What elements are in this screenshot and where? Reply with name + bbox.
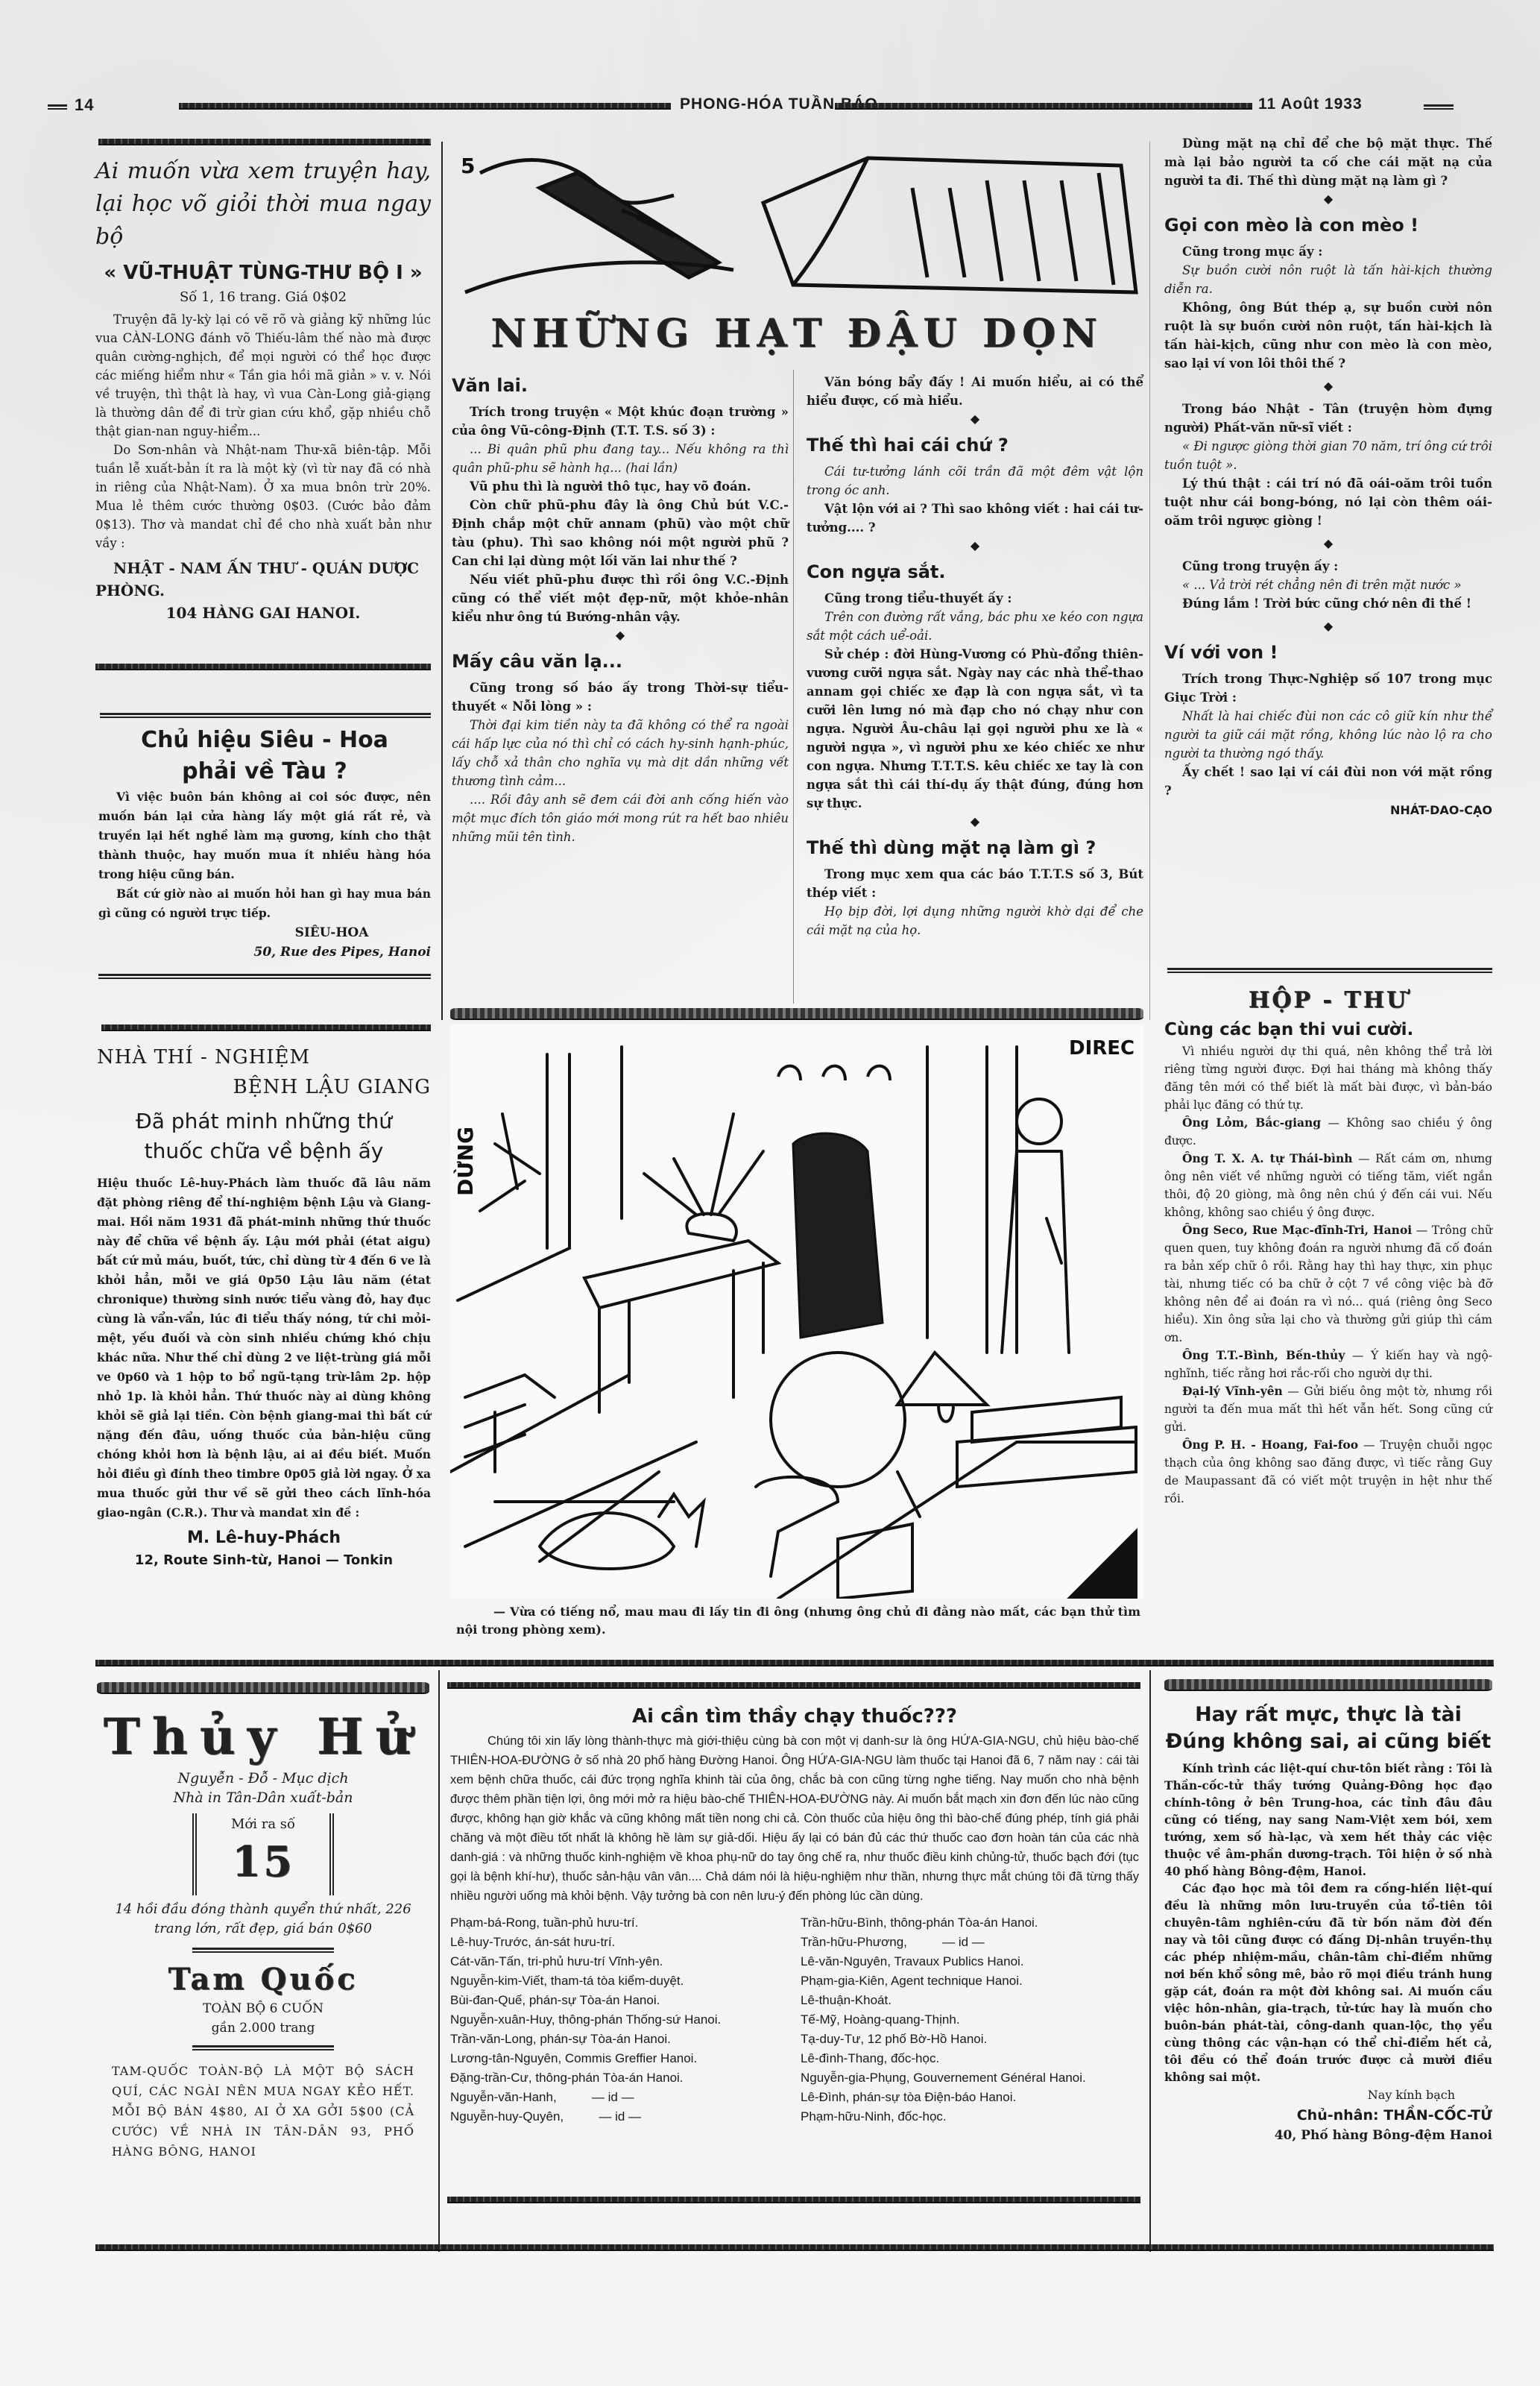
bottom-rule xyxy=(95,2244,1494,2251)
ad-description: 14 hồi đầu đóng thành quyển thứ nhất, 22… xyxy=(97,1900,429,1939)
article-paragraph: Nếu viết phũ-phu được thì rồi ông V.C.-Đ… xyxy=(452,570,789,626)
ad-sign-off: Nay kính bạch xyxy=(1164,2086,1492,2105)
column-rule xyxy=(1149,142,1150,1020)
column-rule xyxy=(438,1670,440,2252)
article-paragraph: Dùng mặt nạ chỉ để che bộ mặt thực. Thế … xyxy=(1164,134,1492,190)
left-top-rule xyxy=(98,139,431,145)
article-quote: ... Bi quân phũ phu đang tay... Nếu khôn… xyxy=(452,440,789,477)
hop-thu-section: HỘP - THƯ Cùng các bạn thi vui cười. Vì … xyxy=(1164,984,1492,1508)
article-banner-illustration: 5 xyxy=(450,143,1143,322)
endorser: Trần-hữu-Phương, — id — xyxy=(801,1933,1139,1952)
cartoon-illustration: DỪNG DIREC xyxy=(450,1024,1143,1599)
ornament-diamond-icon: ◆ xyxy=(1164,617,1492,635)
hop-thu-entry: Ông T.T.-Bình, Bến-thủy — Ý kiến hay và … xyxy=(1164,1347,1492,1382)
article-paragraph: Trong báo Nhật - Tân (truyện hòm đựng ng… xyxy=(1164,400,1492,437)
hop-thu-entry: Ông T. X. A. tự Thái-bình — Rất cám ơn, … xyxy=(1164,1150,1492,1221)
ad-paragraph: Bất cứ giờ nào ai muốn hỏi han gì hay mu… xyxy=(98,884,431,923)
hop-thu-intro: Vì nhiều người dự thi quá, nên không thể… xyxy=(1164,1042,1492,1114)
ad-address: 40, Phố hàng Bông-đệm Hanoi xyxy=(1164,2126,1492,2145)
divider xyxy=(192,2045,334,2050)
tam-quoc-body: TAM-QUỐC TOÀN-BỘ LÀ MỘT BỘ SÁCH QUÍ, CÁC… xyxy=(97,2061,429,2162)
header-rule-right xyxy=(835,103,1252,110)
cartoon-room-drawing-icon: DỪNG DIREC xyxy=(450,1024,1143,1599)
endorser: Trần-hữu-Bình, thông-phán Tòa-án Hanoi. xyxy=(801,1913,1139,1933)
ad-address: 12, Route Sinh-từ, Hanoi — Tonkin xyxy=(97,1551,431,1570)
endorser: Bùi-đan-Quế, phán-sự Tòa-án Hanoi. xyxy=(450,1991,801,2010)
endorser: Nguyễn-huy-Quyên, — id — xyxy=(450,2107,801,2127)
ad-body: Hiệu thuốc Lê-huy-Phách làm thuốc đã lâu… xyxy=(97,1174,431,1523)
divider xyxy=(1167,968,1492,973)
endorser: Lê-Đình, phán-sự tòa Điện-báo Hanoi. xyxy=(801,2088,1139,2107)
issue-number: 15 xyxy=(197,1836,329,1888)
header-rule-end xyxy=(1424,104,1454,110)
endorser: Đặng-trần-Cư, thông-phán Tòa-án Hanoi. xyxy=(450,2068,801,2088)
ad-title: « VŨ-THUẬT TÙNG-THƯ BỘ I » xyxy=(95,258,431,288)
article-quote: « Đi ngược giòng thời gian 70 năm, trí ô… xyxy=(1164,437,1492,474)
article-quote: Họ bịp đời, lợi dụng những người khờ dại… xyxy=(807,902,1143,939)
article-column-1: Văn lai. Trích trong truyện « Một khúc đ… xyxy=(452,368,789,846)
ad-owner: Chủ-nhân: THẦN-CỐC-TỬ xyxy=(1164,2105,1492,2126)
divider xyxy=(95,664,431,670)
ad-subtitle: Đã phát minh những thứ xyxy=(97,1107,431,1136)
endorser: Phạm-hữu-Ninh, đốc-học. xyxy=(801,2107,1139,2127)
article-paragraph: Cũng trong mục ấy : xyxy=(1164,242,1492,261)
article-signature: NHÁT-DAO-CẠO xyxy=(1164,800,1492,821)
endorser: Trần-văn-Long, phán-sự Tòa-án Hanoi. xyxy=(450,2030,801,2049)
endorser: Nguyễn-văn-Hanh, — id — xyxy=(450,2088,801,2107)
endorser: Lê-văn-Nguyên, Travaux Publics Hanoi. xyxy=(801,1952,1139,1971)
hop-thu-entry: Ông P. H. - Hoang, Fai-foo — Truyện chuỗ… xyxy=(1164,1436,1492,1508)
endorser: Phạm-bá-Rong, tuần-phủ hưu-trí. xyxy=(450,1913,801,1933)
section-title: Ví với von ! xyxy=(1164,640,1492,665)
bottom-band-rule xyxy=(95,1660,1494,1666)
ornament-diamond-icon: ◆ xyxy=(1164,190,1492,208)
ad-than-coc-tu: Hay rất mực, thực là tài Đúng không sai,… xyxy=(1164,1702,1492,2145)
ad-title: Hay rất mực, thực là tài xyxy=(1164,1702,1492,1728)
tam-quoc-pages: gần 2.000 trang xyxy=(97,2018,429,2038)
header-rule-mid xyxy=(179,103,671,110)
ad-paragraph: Do Sơn-nhân và Nhật-nam Thư-xã biên-tập.… xyxy=(95,441,431,553)
endorser: Nguyễn-xuân-Huy, thông-phán Thống-sứ Han… xyxy=(450,2010,801,2030)
ad-title: BỆNH LẬU GIANG xyxy=(97,1072,431,1102)
endorser: Tế-Mỹ, Hoàng-quang-Thịnh. xyxy=(801,2010,1139,2030)
ad-name: M. Lê-huy-Phách xyxy=(97,1526,431,1551)
cartoon-top-rule xyxy=(450,1008,1143,1020)
cartoon-caption: — Vừa có tiếng nổ, mau mau đi lấy tin đi… xyxy=(456,1603,1140,1639)
ad-thuy-hu: Thủy Hử Nguyễn - Đỗ - Mục dịch Nhà in Tâ… xyxy=(97,1707,429,2162)
issue-date: 11 Août 1933 xyxy=(1258,95,1363,113)
article-paragraph: Không, ông Bút thép ạ, sự buồn cười nôn … xyxy=(1164,298,1492,373)
ad-signature: SIÊU-HOA xyxy=(98,923,431,942)
ad-issue-price: Số 1, 16 trang. Giá 0$02 xyxy=(95,288,431,307)
article-paragraph: Còn chữ phũ-phu đây là ông Chủ bút V.C.-… xyxy=(452,496,789,570)
section-title: Gọi con mèo là con mèo ! xyxy=(1164,213,1492,238)
article-paragraph: Lý thú thật : cái trí nó đã oái-oăm trôi… xyxy=(1164,474,1492,530)
ad-publisher: Nhà in Tân-Dân xuất-bản xyxy=(97,1788,429,1807)
column-rule xyxy=(1149,1670,1151,2252)
ad-address: 50, Rue des Pipes, Hanoi xyxy=(98,942,431,962)
ad-le-huy-phach: NHÀ THÍ - NGHIỆM BỆNH LẬU GIANG Đã phát … xyxy=(97,1042,431,1570)
cartoon-sign-left: DỪNG xyxy=(452,1127,478,1196)
ad-tagline: Ai muốn vừa xem truyện hay, lại học võ g… xyxy=(95,155,431,254)
article-quote: .... Rồi đây anh sẽ đem cái đời anh cống… xyxy=(452,790,789,846)
endorser: Nguyễn-gia-Phụng, Gouvernement Général H… xyxy=(801,2068,1139,2088)
article-paragraph: Trong mục xem qua các báo T.T.T.S số 3, … xyxy=(807,865,1143,902)
article-quote: Cái tư-tưởng lánh cõi trần đã một đêm vậ… xyxy=(807,462,1143,500)
ad-title: NHÀ THÍ - NGHIỆM xyxy=(97,1042,431,1072)
ad-address: 104 HÀNG GAI HANOI. xyxy=(95,602,431,624)
endorser: Lê-huy-Trước, án-sát hưu-trí. xyxy=(450,1933,801,1952)
ad-paragraph: Các đạo học mà tôi đem ra cống-hiến liệt… xyxy=(1164,1880,1492,2086)
article-paragraph: Sử chép : đời Hùng-Vương có Phù-đổng thi… xyxy=(807,645,1143,813)
article-quote: « ... Vả trời rét chẳng nên đi trên mặt … xyxy=(1164,576,1492,594)
ad-body: Chúng tôi xin lấy lòng thành-thực mà giớ… xyxy=(450,1731,1139,1906)
section-title: Thế thì hai cái chứ ? xyxy=(807,432,1143,458)
article-paragraph: Ấy chết ! sao lại ví cái đùi non với mặt… xyxy=(1164,763,1492,800)
svg-text:5: 5 xyxy=(461,154,475,178)
endorsers-right: Trần-hữu-Bình, thông-phán Tòa-án Hanoi. … xyxy=(801,1913,1139,2127)
ad-paragraph: Kính trình các liệt-quí chư-tôn biết rằn… xyxy=(1164,1760,1492,1880)
article-quote: Thời đại kim tiền này ta đã không có thể… xyxy=(452,716,789,790)
hop-thu-entry: Đại-lý Vĩnh-yên — Gửi biếu ông một tờ, n… xyxy=(1164,1382,1492,1436)
endorser: Lê-đình-Thang, đốc-học. xyxy=(801,2049,1139,2068)
ad-title: Đúng không sai, ai cũng biết xyxy=(1164,1728,1492,1755)
page-number: 14 xyxy=(75,95,94,115)
wave-rule xyxy=(1164,1679,1492,1691)
ornament-diamond-icon: ◆ xyxy=(452,626,789,644)
tam-quoc-title: Tam Quốc xyxy=(97,1960,429,1999)
cartoon-sign-right: DIREC xyxy=(1069,1037,1135,1060)
ornament-diamond-icon: ◆ xyxy=(807,410,1143,428)
issue-box: Mới ra số 15 xyxy=(192,1813,334,1895)
newspaper-and-knife-icon: 5 xyxy=(450,143,1143,322)
endorsers-list: Phạm-bá-Rong, tuần-phủ hưu-trí. Lê-huy-T… xyxy=(450,1913,1139,2127)
ad-title: Ai cần tìm thầy chạy thuốc??? xyxy=(450,1702,1139,1731)
ad-title: Chủ hiệu Siêu - Hoa xyxy=(98,725,431,756)
ornament-diamond-icon: ◆ xyxy=(1164,377,1492,395)
ad-publisher: NHẬT - NAM ẤN THƯ - QUÁN DƯỢC PHÒNG. xyxy=(95,557,431,602)
endorser: Tạ-duy-Tư, 12 phố Bờ-Hồ Hanoi. xyxy=(801,2030,1139,2049)
article-quote: Trên con đường rất vắng, bác phu xe kéo … xyxy=(807,608,1143,645)
endorser: Cát-văn-Tấn, tri-phủ hưu-trí Vĩnh-yên. xyxy=(450,1952,801,1971)
divider xyxy=(100,713,431,718)
ad-translator: Nguyễn - Đỗ - Mục dịch xyxy=(97,1769,429,1788)
article-paragraph: Cũng trong truyện ấy : xyxy=(1164,557,1492,576)
wave-rule xyxy=(97,1682,429,1694)
ad-title: phải về Tàu ? xyxy=(98,756,431,787)
hop-thu-subtitle: Cùng các bạn thi vui cười. xyxy=(1164,1017,1492,1042)
ornament-diamond-icon: ◆ xyxy=(807,537,1143,555)
hop-thu-title: HỘP - THƯ xyxy=(1164,984,1492,1017)
ornament-diamond-icon: ◆ xyxy=(807,813,1143,831)
ad-sieu-hoa: Chủ hiệu Siêu - Hoa phải về Tàu ? Vì việ… xyxy=(98,725,431,962)
divider xyxy=(101,1024,431,1031)
newspaper-page: 14 PHONG-HÓA TUẦN-BÁO 11 Août 1933 Ai mu… xyxy=(0,0,1540,2386)
new-issue-label: Mới ra số xyxy=(197,1813,329,1836)
section-title: Thế thì dùng mặt nạ làm gì ? xyxy=(807,835,1143,860)
ad-thien-hoa-duong: Ai cần tìm thầy chạy thuốc??? Chúng tôi … xyxy=(450,1702,1139,2127)
article-paragraph: Đúng lắm ! Trời bức cũng chớ nên đi thế … xyxy=(1164,594,1492,613)
article-paragraph: Cũng trong tiểu-thuyết ấy : xyxy=(807,589,1143,608)
article-quote: Nhất là hai chiếc đùi non các cô giữ kín… xyxy=(1164,707,1492,763)
column-rule xyxy=(793,370,794,1004)
column-rule xyxy=(441,142,443,1020)
divider xyxy=(447,1682,1140,1689)
endorsers-left: Phạm-bá-Rong, tuần-phủ hưu-trí. Lê-huy-T… xyxy=(450,1913,801,2127)
article-paragraph: Vũ phu thì là người thô tục, hay võ đoán… xyxy=(452,477,789,496)
article-column-2: Văn bóng bẩy đấy ! Ai muốn hiểu, ai có t… xyxy=(807,373,1143,939)
ad-title: Thủy Hử xyxy=(97,1707,429,1766)
ad-vu-thuat: Ai muốn vừa xem truyện hay, lại học võ g… xyxy=(95,155,431,624)
article-paragraph: Văn bóng bẩy đấy ! Ai muốn hiểu, ai có t… xyxy=(807,373,1143,410)
header-rule-left xyxy=(48,104,67,110)
ornament-diamond-icon: ◆ xyxy=(1164,535,1492,553)
divider xyxy=(447,2197,1140,2203)
section-title: Văn lai. xyxy=(452,373,789,398)
article-title: NHỮNG HẠT ĐẬU DỌN xyxy=(450,312,1143,356)
section-title: Mấy câu văn lạ... xyxy=(452,649,789,674)
tam-quoc-subtitle: TOÀN BỘ 6 CUỐN xyxy=(97,1999,429,2018)
endorser: Nguyễn-kim-Viết, tham-tá tòa kiểm-duyệt. xyxy=(450,1971,801,1991)
article-column-3: Dùng mặt nạ chỉ để che bộ mặt thực. Thế … xyxy=(1164,134,1492,821)
section-title: Con ngựa sắt. xyxy=(807,559,1143,585)
ad-paragraph: Vì việc buôn bán không ai coi sóc được, … xyxy=(98,787,431,884)
endorser: Lê-thuận-Khoát. xyxy=(801,1991,1139,2010)
divider xyxy=(98,974,431,979)
endorser: Phạm-gia-Kiên, Agent technique Hanoi. xyxy=(801,1971,1139,1991)
endorser: Lương-tân-Nguyên, Commis Greffier Hanoi. xyxy=(450,2049,801,2068)
divider xyxy=(192,1948,334,1953)
article-paragraph: Vật lộn với ai ? Thì sao không viết : ha… xyxy=(807,500,1143,537)
hop-thu-entry: Ông Lỏm, Bắc-giang — Không sao chiều ý ô… xyxy=(1164,1114,1492,1150)
article-paragraph: Trích trong truyện « Một khúc đoạn trườn… xyxy=(452,403,789,440)
article-paragraph: Cũng trong số báo ấy trong Thời-sự tiểu-… xyxy=(452,679,789,716)
article-paragraph: Trích trong Thực-Nghiệp số 107 trong mục… xyxy=(1164,670,1492,707)
ad-subtitle: thuốc chữa về bệnh ấy xyxy=(97,1136,431,1166)
hop-thu-entry: Ông Seco, Rue Mạc-đĩnh-Tri, Hanoi — Trôn… xyxy=(1164,1221,1492,1347)
article-quote: Sự buồn cười nôn ruột là tấn hài-kịch th… xyxy=(1164,261,1492,298)
ad-paragraph: Truyện đã ly-kỳ lại có vẽ rõ và giảng kỹ… xyxy=(95,310,431,441)
